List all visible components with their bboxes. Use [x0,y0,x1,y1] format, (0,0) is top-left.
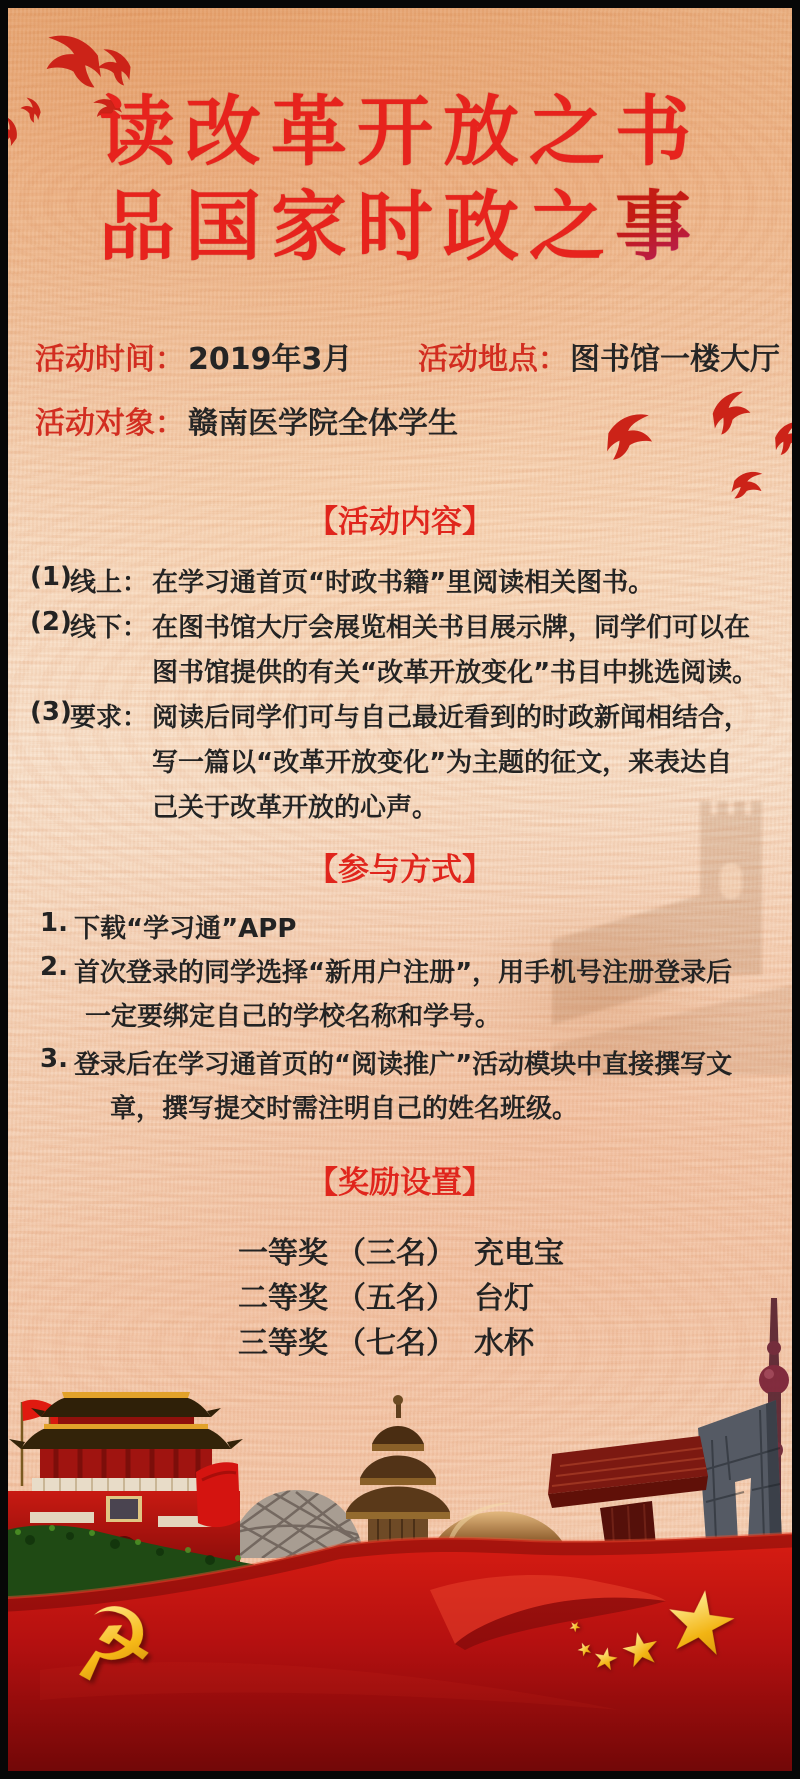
award-2-rank: 二等奖 [238,1273,336,1317]
award-1-count: （三名） [336,1228,474,1272]
participation-step-2-number: 2. [40,952,74,982]
event-place-value: 图书馆一楼大厅 [570,334,780,378]
awards-list: 一等奖 （三名） 充电宝 二等奖 （五名） 台灯 三等奖 （七名） 水杯 [238,1228,564,1363]
poster-title-line2: 品国家时政之事 [0,179,800,274]
event-target-label: 活动对象： [35,398,185,442]
participation-step-2-text-cont: 一定要绑定自己的学校名称和学号。 [40,996,792,1040]
participation-step-1: 1. 下载“学习通”APP [40,908,792,952]
event-time-value: 2019年3月 [188,334,352,378]
content-item-2-label: 线下： [70,607,152,644]
event-info-row-2: 活动对象： 赣南医学院全体学生 [0,398,800,434]
content-item-3-label: 要求： [70,697,152,734]
participation-list: 1. 下载“学习通”APP 2. 首次登录的同学选择“新用户注册”，用手机号注册… [40,908,792,1132]
content-item-1: (1) 线上： 在学习通首页“时政书籍”里阅读相关图书。 [30,562,790,607]
award-3-rank: 三等奖 [238,1318,336,1362]
award-2-prize: 台灯 [474,1273,534,1317]
content-item-3-text: 阅读后同学们可与自己最近看到的时政新闻相结合， [152,697,750,734]
participation-step-3-text-cont: 章，撰写提交时需注明自己的姓名班级。 [40,1088,792,1132]
participation-step-2-text: 首次登录的同学选择“新用户注册”，用手机号注册登录后 [74,952,732,989]
award-3-count: （七名） [336,1318,474,1362]
award-row-third: 三等奖 （七名） 水杯 [238,1318,564,1363]
poster-title-line1: 读改革开放之书 [0,84,800,179]
section-heading-content: 【活动内容】 [0,496,800,541]
award-row-first: 一等奖 （三名） 充电宝 [238,1228,564,1273]
poster-title: 读改革开放之书 品国家时政之事 [0,84,800,274]
content-item-2-text-cont: 图书馆提供的有关“改革开放变化”书目中挑选阅读。 [30,652,790,697]
star-icon: ★ [656,1575,744,1671]
section-heading-participation: 【参与方式】 [0,844,800,889]
content-item-1-text: 在学习通首页“时政书籍”里阅读相关图书。 [152,562,654,599]
party-emblem-icon: ☭ [63,1592,161,1699]
content-item-3-text-cont1: 写一篇以“改革开放变化”为主题的征文，来表达自 [30,742,790,787]
event-time-label: 活动时间： [35,334,185,378]
content-item-2-number: (2) [30,607,70,637]
poster-title-line2-main: 品国家时政之 [99,182,615,271]
award-1-rank: 一等奖 [238,1228,336,1272]
star-icon: ★ [590,1643,622,1677]
event-place-label: 活动地点： [418,334,568,378]
content-item-3: (3) 要求： 阅读后同学们可与自己最近看到的时政新闻相结合， [30,697,790,742]
poster-root: 读改革开放之书 品国家时政之事 活动时间： 2019年3月 活动地点： 图书馆一… [0,0,800,1779]
content-item-1-number: (1) [30,562,70,592]
dove-icon [97,49,132,86]
expo-pavilion [548,1436,708,1550]
content-item-3-text-cont2: 己关于改革开放的心声。 [30,787,790,832]
content-item-2-text: 在图书馆大厅会展览相关书目展示牌，同学们可以在 [152,607,750,644]
event-target-value: 赣南医学院全体学生 [188,398,458,442]
award-1-prize: 充电宝 [474,1228,564,1272]
poster-title-line2-accent: 事 [615,182,701,271]
event-info-row-1: 活动时间： 2019年3月 活动地点： 图书馆一楼大厅 [0,334,800,370]
award-3-prize: 水杯 [474,1318,534,1362]
content-item-1-label: 线上： [70,562,152,599]
participation-step-1-text: 下载“学习通”APP [74,908,296,945]
content-item-2: (2) 线下： 在图书馆大厅会展览相关书目展示牌，同学们可以在 [30,607,790,652]
content-list: (1) 线上： 在学习通首页“时政书籍”里阅读相关图书。 (2) 线下： 在图书… [30,562,790,832]
participation-step-3: 3. 登录后在学习通首页的“阅读推广”活动模块中直接撰写文 [40,1044,792,1088]
participation-step-2: 2. 首次登录的同学选择“新用户注册”，用手机号注册登录后 [40,952,792,996]
participation-step-3-text: 登录后在学习通首页的“阅读推广”活动模块中直接撰写文 [74,1044,732,1081]
cctv-building [698,1400,782,1542]
award-2-count: （五名） [336,1273,474,1317]
participation-step-3-number: 3. [40,1044,74,1074]
participation-step-1-number: 1. [40,908,74,938]
award-row-second: 二等奖 （五名） 台灯 [238,1273,564,1318]
section-heading-awards: 【奖励设置】 [0,1157,800,1202]
content-item-3-number: (3) [30,697,70,727]
